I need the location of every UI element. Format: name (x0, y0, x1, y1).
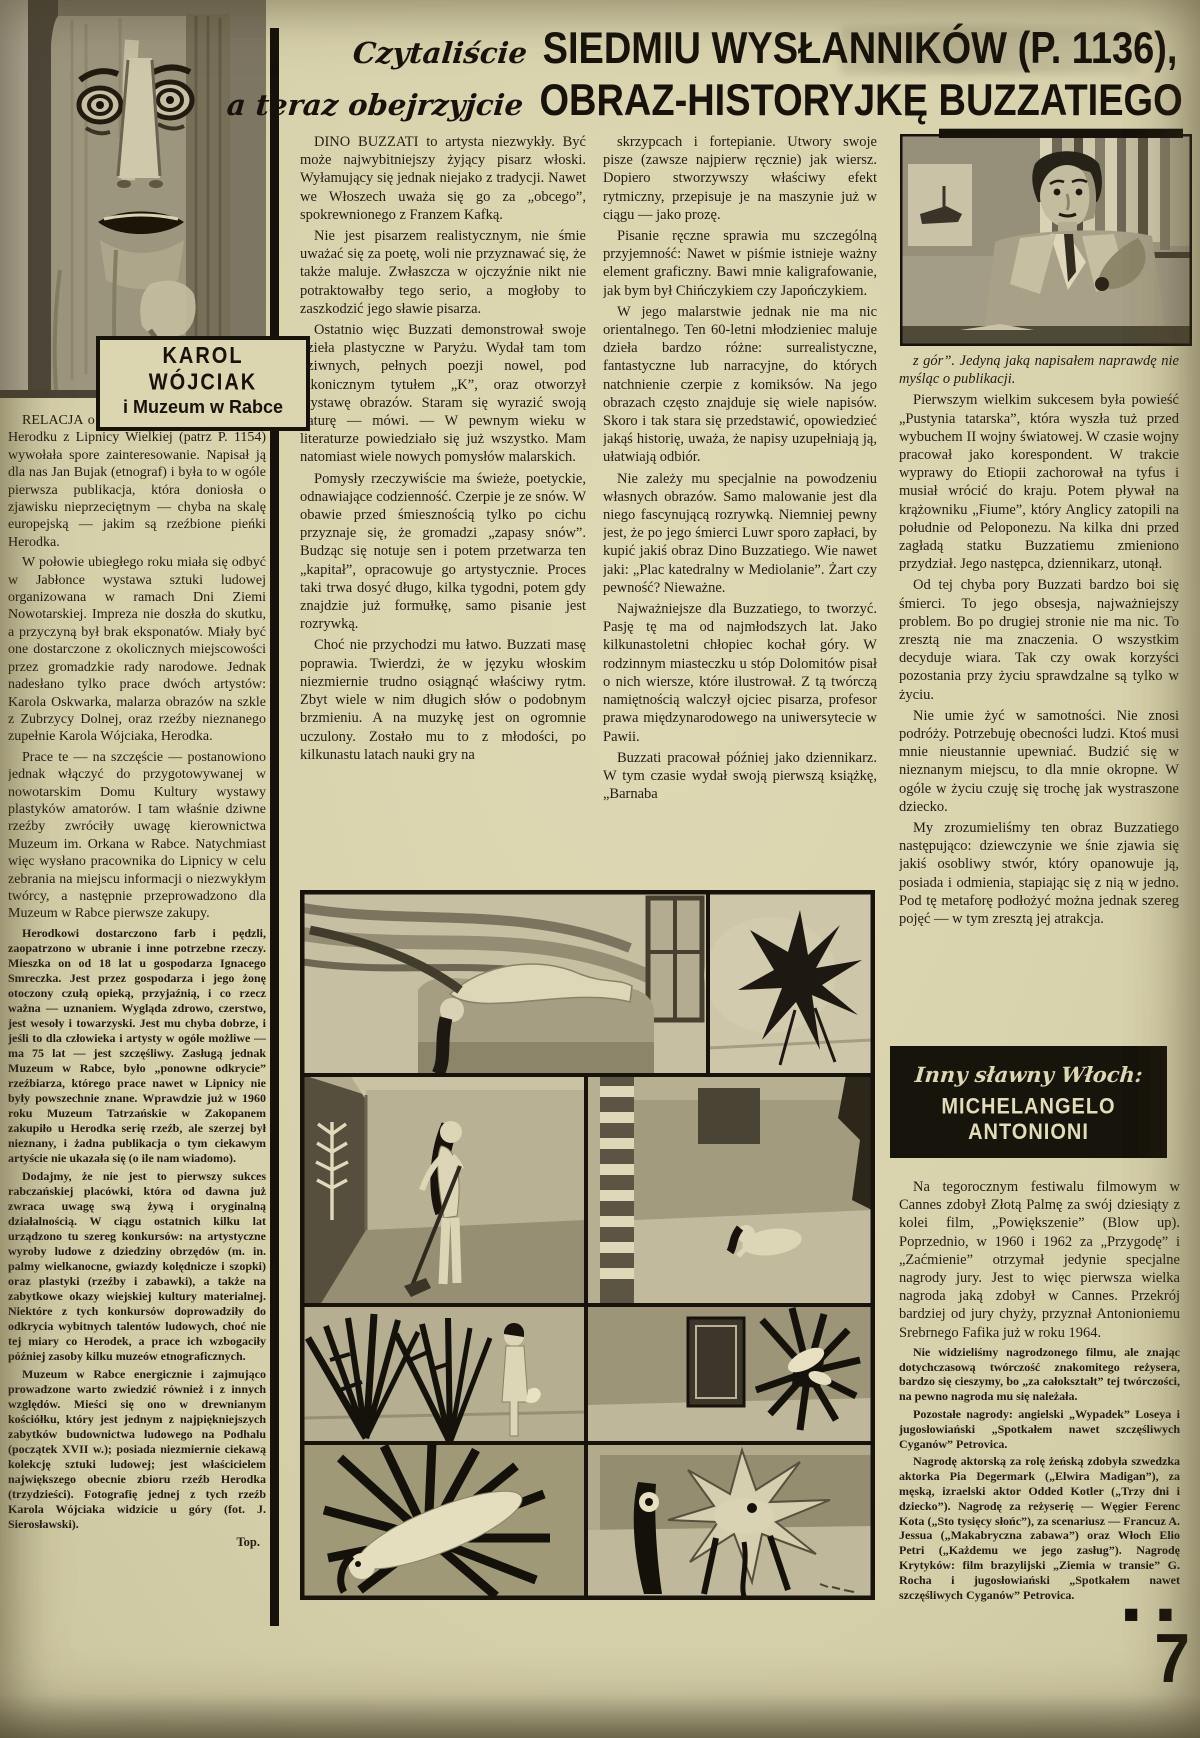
buzzati-paragraph: My zrozumieliśmy ten obraz Buzzatiego na… (899, 819, 1179, 928)
feature-label-line2: i Muzeum w Rabce (108, 397, 298, 418)
antonioni-header-box: Inny sławny Włoch: MICHELANGELO ANTONION… (890, 1046, 1167, 1158)
left-article-paragraph: RELACJA o rzeźbiarzu Karolu Wójciaku-Her… (8, 412, 266, 551)
buzzati-article-column-1: DINO BUZZATI to artysta niezwykły. Być m… (300, 133, 586, 877)
feature-label-line1: KAROL WÓJCIAK (108, 344, 298, 397)
antonioni-paragraph: Nagrodę aktorską za rolę żeńską zdobyła … (899, 1454, 1180, 1602)
headline-caps1: SIEDMIU WYSŁANNIKÓW (P. 1136), (543, 24, 1178, 74)
magazine-page: KAROL WÓJCIAK i Muzeum w Rabce Czytaliśc… (0, 0, 1200, 1738)
antonioni-box-script: Inny sławny Włoch: (914, 1062, 1144, 1087)
antonioni-box-title: MICHELANGELO ANTONIONI (890, 1094, 1167, 1146)
left-article-paragraph: Muzeum w Rabce energicznie i zajmująco p… (8, 1367, 266, 1532)
left-article-paragraph: W połowie ubiegłego roku miała się odbyć… (8, 554, 266, 745)
headline-line1: Czytaliście SIEDMIU WYSŁANNIKÓW (P. 1136… (340, 30, 1190, 73)
buzzati-paragraph: skrzypcach i fortepianie. Utwory swoje p… (603, 133, 877, 224)
buzzati-paragraph: Choć nie przychodzi mu łatwo. Buzzati ma… (300, 636, 586, 763)
author-signature: Top. (8, 1535, 266, 1550)
antonioni-paragraph: Na tegorocznym festiwalu filmowym w Cann… (899, 1178, 1180, 1342)
scan-bottom-shadow (0, 1694, 1200, 1738)
buzzati-paragraph: Nie zależy mu specjalnie na powodzeniu w… (603, 470, 877, 597)
left-article-paragraph: Herodkowi dostarczono farb i pędzli, zao… (8, 926, 266, 1166)
buzzati-paragraph: Nie jest pisarzem realistycznym, nie śmi… (300, 227, 586, 318)
antonioni-paragraph: Nie widzieliśmy nagrodzonego filmu, ale … (899, 1345, 1180, 1404)
buzzati-portrait-photo (900, 134, 1192, 346)
left-article-paragraph: Dodajmy, że nie jest to pierwszy sukces … (8, 1169, 266, 1364)
buzzati-paragraph: W jego malarstwie jednak nie ma nic orie… (603, 303, 877, 467)
page-number: 7 (1110, 1623, 1190, 1692)
antonioni-paragraph: Pozostałe nagrody: angielski „Wypadek” L… (899, 1407, 1180, 1451)
headline-script1: Czytaliście (351, 36, 528, 70)
buzzati-paragraph: Pomysły rzeczywiście ma świeże, poetycki… (300, 470, 586, 634)
buzzati-paragraph: Od tej chyba pory Buzzati bardzo boi się… (899, 576, 1179, 703)
buzzati-article-column-3: z gór”. Jedyną jaką napisałem naprawdę n… (899, 352, 1179, 1040)
headline-caps2: OBRAZ-HISTORYJKĘ BUZZATIEGO (539, 76, 1182, 126)
left-article-paragraph: Prace te — na szczęście — postanowiono j… (8, 749, 266, 923)
column-divider-rule (270, 28, 279, 1626)
buzzati-paragraph: Pierwszym wielkim sukcesem była powieść … (899, 391, 1179, 573)
buzzati-article-column-2: skrzypcach i fortepianie. Utwory swoje p… (603, 133, 877, 877)
headline-script2: a teraz obejrzyjcie (226, 88, 525, 122)
buzzati-picture-story-artwork (300, 890, 875, 1600)
headline-caps2-underlined: BUZZATIEGO (939, 76, 1183, 137)
antonioni-article: Na tegorocznym festiwalu filmowym w Cann… (899, 1178, 1180, 1608)
buzzati-paragraph: z gór”. Jedyną jaką napisałem naprawdę n… (899, 352, 1179, 388)
buzzati-paragraph: Najważniejsze dla Buzzatiego, to tworzyć… (603, 600, 877, 746)
left-article: RELACJA o rzeźbiarzu Karolu Wójciaku-Her… (8, 412, 266, 1662)
buzzati-paragraph: Buzzati pracował później jako dziennikar… (603, 749, 877, 804)
buzzati-paragraph: DINO BUZZATI to artysta niezwykły. Być m… (300, 133, 586, 224)
buzzati-paragraph: Ostatnio więc Buzzati demonstrował swoje… (300, 321, 586, 467)
buzzati-paragraph: Pisanie ręczne sprawia mu szczególną prz… (603, 227, 877, 300)
buzzati-paragraph: Nie umie żyć w samotności. Nie znosi pod… (899, 707, 1179, 816)
feature-label-box: KAROL WÓJCIAK i Muzeum w Rabce (96, 336, 310, 431)
headline-line2: a teraz obejrzyjcie OBRAZ-HISTORYJKĘ BUZ… (296, 82, 1114, 125)
